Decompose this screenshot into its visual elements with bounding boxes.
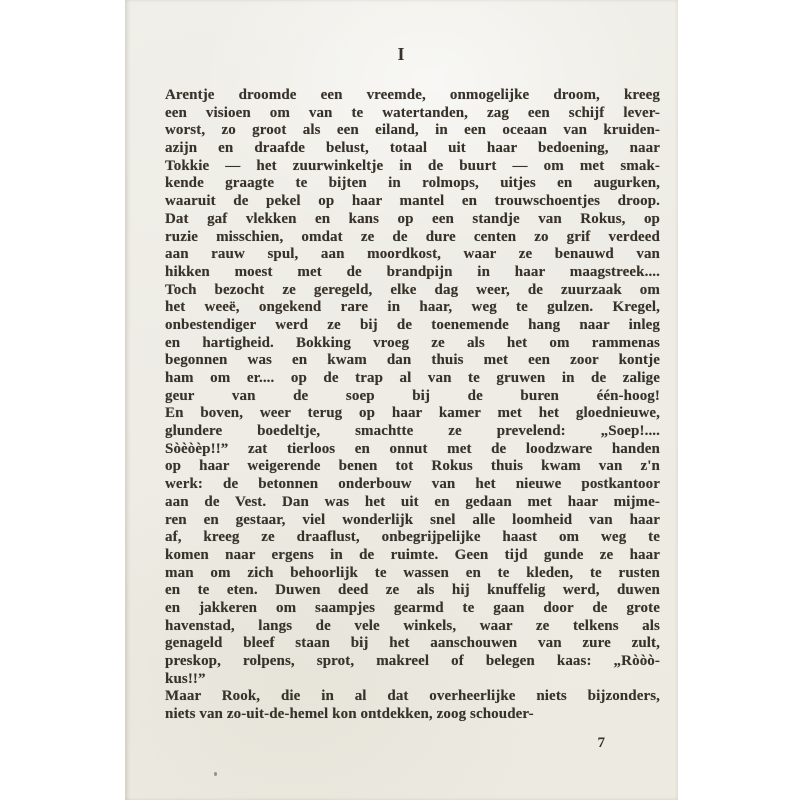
text-line: Toch bezocht ze geregeld, elke dag weer,… [165, 282, 660, 300]
text-line: Maar Rook, die in al dat overheerlijke n… [165, 688, 660, 706]
text-line: En boven, weer terug op haar kamer met h… [165, 405, 660, 423]
text-line: genageld bleef staan bij het aanschouwen… [165, 635, 660, 653]
text-line: af, kreeg ze draaflust, onbegrijpelijke … [165, 529, 660, 547]
scan-speck [214, 772, 217, 776]
text-line: niets van zo-uit-de-hemel kon ontdekken,… [165, 706, 660, 724]
text-line: ren en gestaar, viel wonderlijk snel all… [165, 512, 660, 530]
text-line: aan de Vest. Dan was het uit en gedaan m… [165, 494, 660, 512]
text-line: een visioen om van te watertanden, zag e… [165, 105, 660, 123]
text-line: preskop, rolpens, sprot, makreel of bele… [165, 653, 660, 671]
text-line: op haar weigerende benen tot Rokus thuis… [165, 458, 660, 476]
text-line: worst, zo groot als een eiland, in een o… [165, 122, 660, 140]
text-line: kus!!” [165, 671, 660, 689]
text-line: het weeë, ongekend rare in haar, weg te … [165, 299, 660, 317]
text-line: havenstad, langs de vele winkels, waar z… [165, 618, 660, 636]
text-line: Tokkie — het zuurwinkeltje in de buurt —… [165, 158, 660, 176]
text-line: Arentje droomde een vreemde, onmogelijke… [165, 87, 660, 105]
text-line: waaruit de pekel op haar mantel en trouw… [165, 193, 660, 211]
text-line: werk: de betonnen onderbouw van het nieu… [165, 476, 660, 494]
book-page: I Arentje droomde een vreemde, onmogelij… [125, 0, 678, 800]
text-line: ham om er.... op de trap al van te gruwe… [165, 370, 660, 388]
text-line: onbestendiger werd ze bij de toenemende … [165, 317, 660, 335]
text-line: man om zich behoorlijk te wassen en te k… [165, 565, 660, 583]
scan-background: I Arentje droomde een vreemde, onmogelij… [0, 0, 800, 800]
text-line: kende graagte te bijten in rolmops, uitj… [165, 175, 660, 193]
text-line: en jakkeren om saampjes gearmd te gaan d… [165, 600, 660, 618]
body-text: Arentje droomde een vreemde, onmogelijke… [165, 87, 660, 724]
text-line: begonnen was en kwam dan thuis met een z… [165, 352, 660, 370]
chapter-numeral: I [125, 44, 678, 68]
text-line: ruzie misschien, omdat ze de dure centen… [165, 229, 660, 247]
text-line: geur van de soep bij de buren één-hoog! [165, 388, 660, 406]
text-line: en te eten. Duwen deed ze als hij knuffe… [165, 582, 660, 600]
text-line: Sòèòèp!!” zat tierloos en onnut met de l… [165, 441, 660, 459]
text-line: azijn en draafde belust, totaal uit haar… [165, 140, 660, 158]
page-number: 7 [165, 735, 660, 752]
text-line: aan rauw spul, aan moordkost, waar ze be… [165, 246, 660, 264]
text-line: Dat gaf vlekken en kans op een standje v… [165, 211, 660, 229]
text-line: glundere boedeltje, smachtte ze prevelen… [165, 423, 660, 441]
text-line: komen naar ergens in de ruimte. Geen tij… [165, 547, 660, 565]
text-line: en hartigheid. Bokking vroeg ze als het … [165, 335, 660, 353]
text-line: hikken moest met de brandpijn in haar ma… [165, 264, 660, 282]
